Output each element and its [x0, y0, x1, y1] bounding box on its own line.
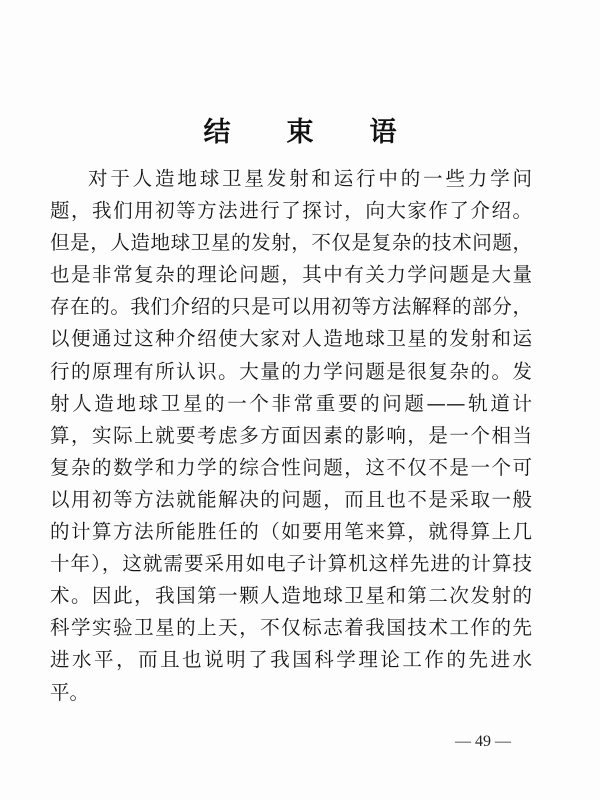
text-line: 进水平，而且也说明了我国科学理论工作的先进水 [50, 644, 532, 676]
text-line: 的计算方法所能胜任的（如要用笔来算，就得算上几 [50, 516, 532, 548]
title-char: 语 [370, 110, 397, 149]
title-char: 束 [287, 110, 314, 149]
text-line: 以便通过这种介绍使大家对人造地球卫星的发射和运 [50, 323, 532, 355]
text-line: 但是，人造地球卫星的发射，不仅是复杂的技术问题， [50, 227, 532, 259]
body-paragraph: 对于人造地球卫星发射和运行中的一些力学问 题，我们用初等方法进行了探讨，向大家作… [50, 163, 532, 709]
text-line: 平。 [50, 677, 532, 709]
text-line: 十年），这就需要采用如电子计算机这样先进的计算技 [50, 548, 532, 580]
text-line: 存在的。我们介绍的只是可以用初等方法解释的部分， [50, 291, 532, 323]
text-line: 复杂的数学和力学的综合性问题，这不仅不是一个可 [50, 452, 532, 484]
text-line: 以用初等方法就能解决的问题，而且也不是采取一般 [50, 484, 532, 516]
chapter-title: 结束语 [0, 110, 600, 149]
text-line: 算，实际上就要考虑多方面因素的影响，是一个相当 [50, 420, 532, 452]
text-line: 题，我们用初等方法进行了探讨，向大家作了介绍。 [50, 195, 532, 227]
text-line: 也是非常复杂的理论问题，其中有关力学问题是大量 [50, 259, 532, 291]
page-number: — 49 — [455, 733, 511, 751]
text-line: 对于人造地球卫星发射和运行中的一些力学问 [50, 163, 532, 195]
text-line: 术。因此，我国第一颗人造地球卫星和第二次发射的 [50, 580, 532, 612]
text-line: 科学实验卫星的上天，不仅标志着我国技术工作的先 [50, 612, 532, 644]
text-line: 射人造地球卫星的一个非常重要的问题——轨道计 [50, 388, 532, 420]
text-line: 行的原理有所认识。大量的力学问题是很复杂的。发 [50, 356, 532, 388]
book-page: 结束语 对于人造地球卫星发射和运行中的一些力学问 题，我们用初等方法进行了探讨，… [0, 0, 600, 800]
title-char: 结 [204, 110, 231, 149]
